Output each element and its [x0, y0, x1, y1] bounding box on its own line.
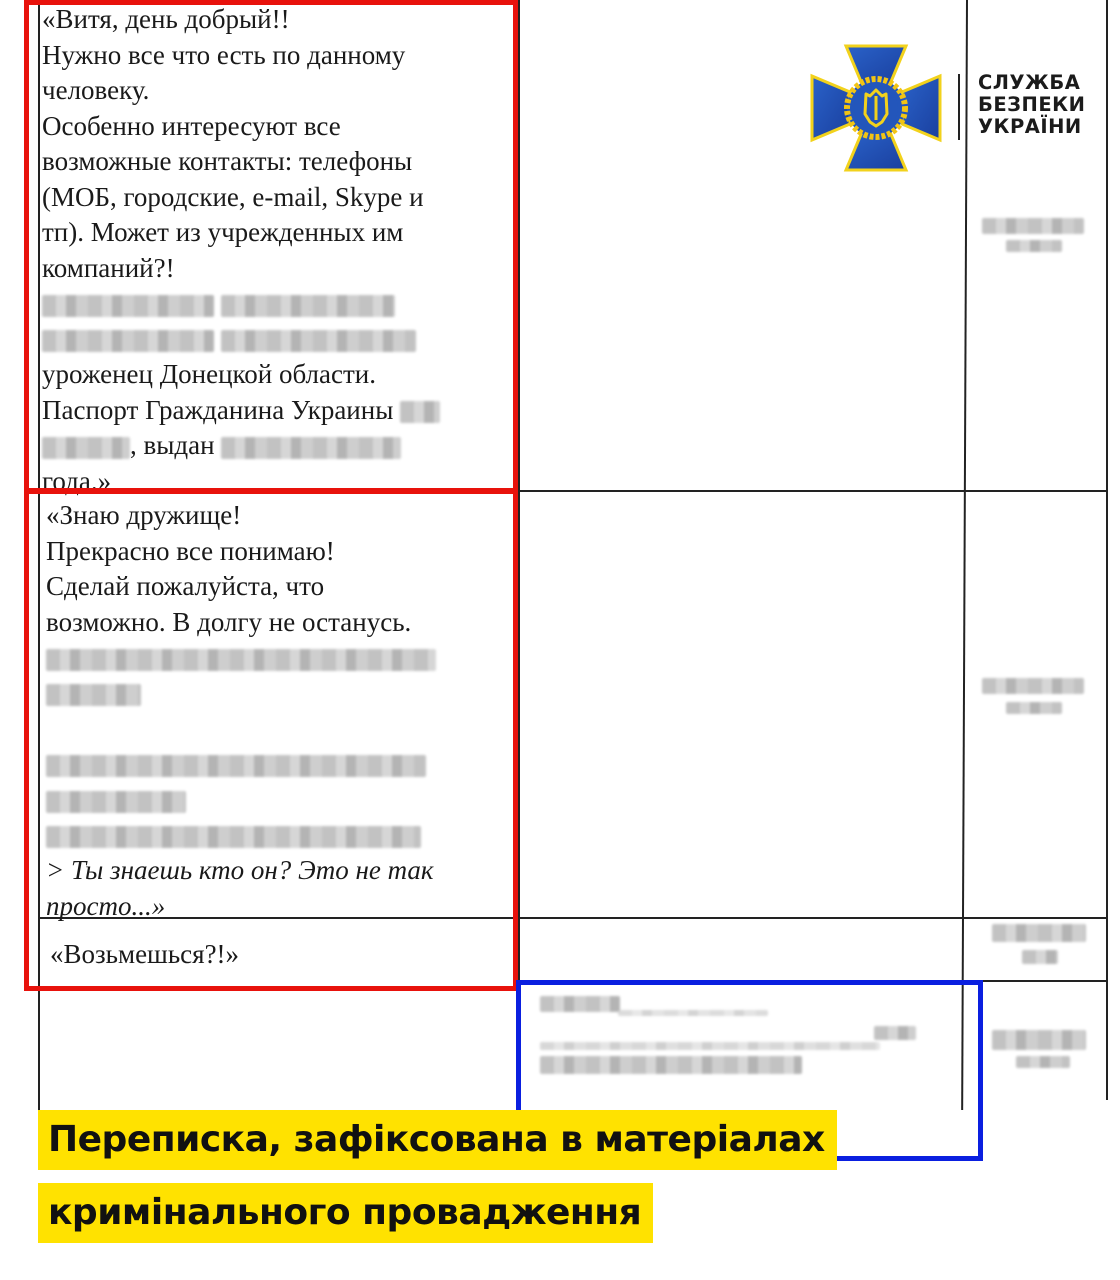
sbu-emblem-icon	[810, 44, 942, 172]
caption-line-1: Переписка, зафіксована в матеріалах	[38, 1110, 837, 1170]
highlight-box-red-2	[24, 488, 518, 991]
logo-divider	[958, 74, 960, 140]
table-col-divider-2	[961, 0, 968, 1110]
org-name: СЛУЖБА БЕЗПЕКИ УКРАЇНИ	[978, 72, 1085, 138]
redacted-date-4	[992, 1030, 1086, 1068]
table-row-divider-1	[518, 490, 1108, 492]
highlight-box-red-1	[24, 0, 518, 494]
org-name-line: БЕЗПЕКИ	[978, 94, 1085, 116]
caption-line-2: кримінального провадження	[38, 1183, 653, 1243]
redacted-date-2	[982, 678, 1084, 714]
table-right-border	[1106, 0, 1108, 1100]
org-name-line: СЛУЖБА	[978, 72, 1085, 94]
sbu-logo	[810, 44, 942, 176]
redacted-date-1	[982, 218, 1084, 252]
table-col-divider-1	[518, 0, 520, 1110]
org-name-line: УКРАЇНИ	[978, 116, 1085, 138]
redacted-date-3	[992, 924, 1086, 964]
